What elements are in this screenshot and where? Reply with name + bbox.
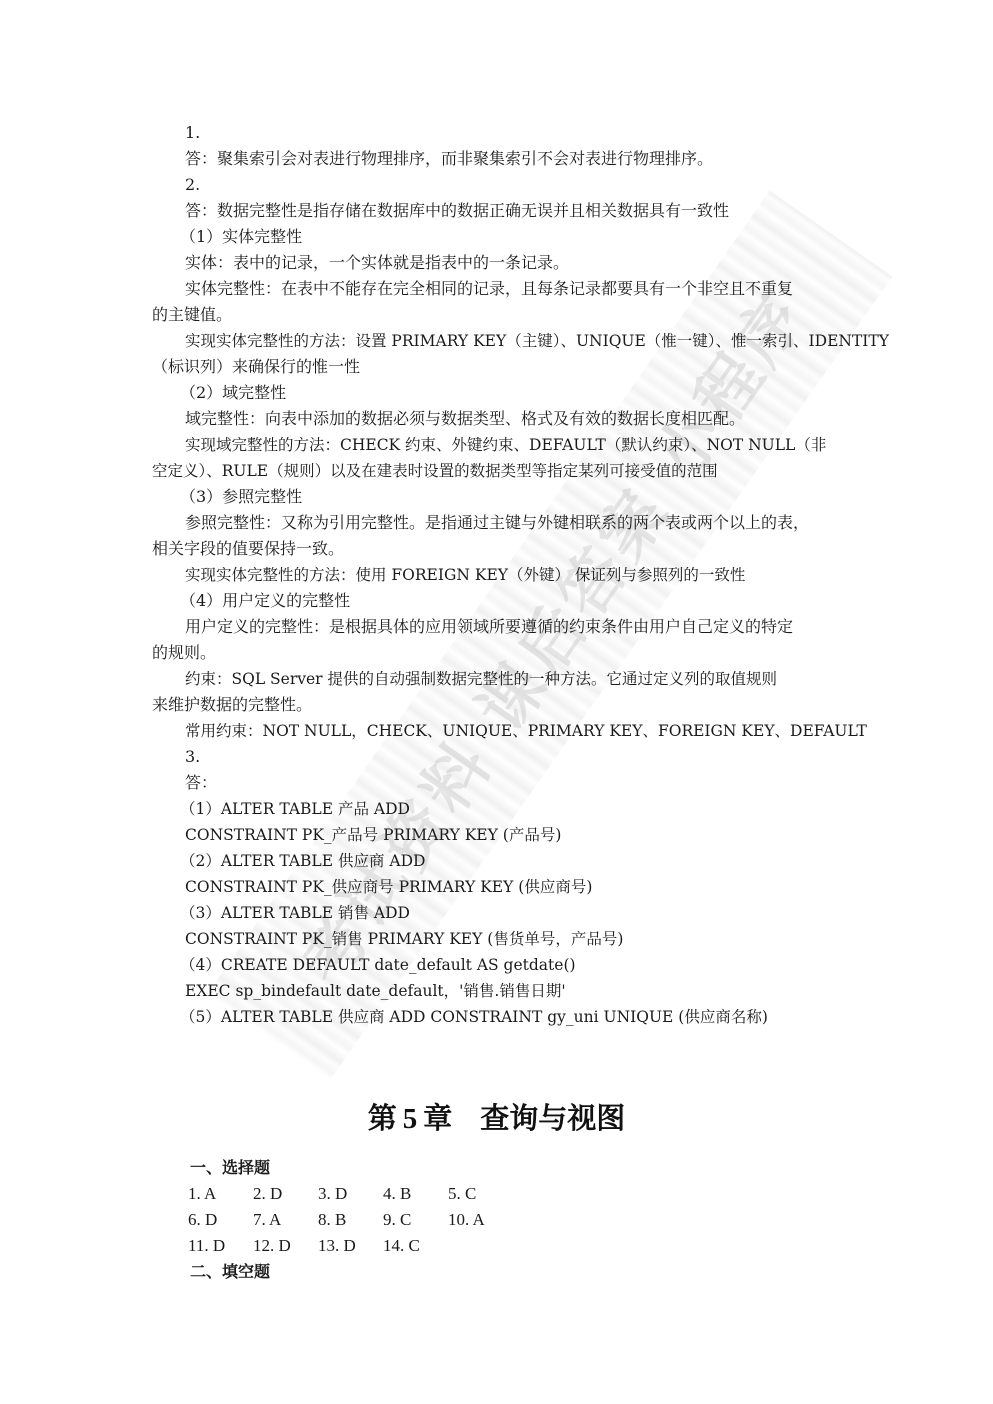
text-line: 来维护数据的完整性。 (152, 692, 846, 718)
text-line: 实现实体完整性的方法：设置 PRIMARY KEY（主键）、UNIQUE（惟一键… (152, 328, 846, 354)
text-line: （2）ALTER TABLE 供应商 ADD (152, 848, 846, 874)
chapter-name: 查询与视图 (480, 1101, 625, 1135)
text-line: 约束：SQL Server 提供的自动强制数据完整性的一种方法。它通过定义列的取… (152, 666, 846, 692)
answer-item: 7. A (253, 1207, 318, 1233)
section-heading-choice: 一、选择题 (190, 1155, 270, 1181)
text-line: 答： (152, 770, 846, 796)
text-line: （4）用户定义的完整性 (152, 588, 846, 614)
answer-item: 2. D (253, 1181, 318, 1207)
text-line: 实现实体完整性的方法：使用 FOREIGN KEY（外键） 保证列与参照列的一致… (152, 562, 846, 588)
text-line: 实体：表中的记录，一个实体就是指表中的一条记录。 (152, 250, 846, 276)
text-line: 答：聚集索引会对表进行物理排序，而非聚集索引不会对表进行物理排序。 (152, 146, 846, 172)
answer-item: 6. D (188, 1207, 253, 1233)
text-line: 常用约束：NOT NULL，CHECK、UNIQUE、PRIMARY KEY、F… (152, 718, 846, 744)
answer-item: 9. C (383, 1207, 448, 1233)
answer-item: 5. C (448, 1181, 513, 1207)
answer-row: 6. D7. A8. B9. C10. A (188, 1207, 513, 1233)
text-line: 2. (152, 172, 846, 198)
text-line: （1）实体完整性 (152, 224, 846, 250)
answer-item: 12. D (253, 1233, 318, 1259)
text-line: （4）CREATE DEFAULT date_default AS getdat… (152, 952, 846, 978)
text-line: （3）参照完整性 (152, 484, 846, 510)
answer-body: 1.答：聚集索引会对表进行物理排序，而非聚集索引不会对表进行物理排序。2.答：数… (152, 120, 846, 1030)
text-line: （1）ALTER TABLE 产品 ADD (152, 796, 846, 822)
chapter-number: 5 (403, 1103, 418, 1135)
text-line: 参照完整性：又称为引用完整性。是指通过主键与外键相联系的两个表或两个以上的表， (152, 510, 846, 536)
answer-item: 4. B (383, 1181, 448, 1207)
chapter-prefix: 第 (368, 1101, 397, 1135)
text-line: 实体完整性：在表中不能存在完全相同的记录，且每条记录都要具有一个非空且不重复 (152, 276, 846, 302)
answer-row: 1. A2. D3. D4. B5. C (188, 1181, 513, 1207)
text-line: 的规则。 (152, 640, 846, 666)
answer-item: 8. B (318, 1207, 383, 1233)
answer-item: 13. D (318, 1233, 383, 1259)
answer-row: 11. D12. D13. D14. C (188, 1233, 513, 1259)
answer-item: 1. A (188, 1181, 253, 1207)
text-line: EXEC sp_bindefault date_default，'销售.销售日期… (152, 978, 846, 1004)
answer-item: 10. A (448, 1207, 513, 1233)
text-line: （标识列）来确保行的惟一性 (152, 354, 846, 380)
text-line: （3）ALTER TABLE 销售 ADD (152, 900, 846, 926)
text-line: 1. (152, 120, 846, 146)
answer-item: 14. C (383, 1233, 448, 1259)
answer-item: 11. D (188, 1233, 253, 1259)
document-page: 考试资料 课后答案 小程序 1.答：聚集索引会对表进行物理排序，而非聚集索引不会… (0, 0, 993, 1404)
text-line: （2）域完整性 (152, 380, 846, 406)
text-line: 实现域完整性的方法：CHECK 约束、外键约束、DEFAULT（默认约束）、NO… (152, 432, 846, 458)
text-line: （5）ALTER TABLE 供应商 ADD CONSTRAINT gy_uni… (152, 1004, 846, 1030)
text-line: CONSTRAINT PK_供应商号 PRIMARY KEY (供应商号) (152, 874, 846, 900)
text-line: 空定义）、RULE（规则）以及在建表时设置的数据类型等指定某列可接受值的范围 (152, 458, 846, 484)
chapter-suffix: 章 (423, 1101, 452, 1135)
text-line: 域完整性：向表中添加的数据必须与数据类型、格式及有效的数据长度相匹配。 (152, 406, 846, 432)
text-line: 答：数据完整性是指存储在数据库中的数据正确无误并且相关数据具有一致性 (152, 198, 846, 224)
text-line: 相关字段的值要保持一致。 (152, 536, 846, 562)
chapter-title: 第5章查询与视图 (0, 1097, 993, 1140)
text-line: 的主键值。 (152, 302, 846, 328)
section-heading-fill: 二、填空题 (190, 1259, 270, 1285)
answer-item: 3. D (318, 1181, 383, 1207)
text-line: 用户定义的完整性：是根据具体的应用领域所要遵循的约束条件由用户自己定义的特定 (152, 614, 846, 640)
text-line: CONSTRAINT PK_产品号 PRIMARY KEY (产品号) (152, 822, 846, 848)
text-line: 3. (152, 744, 846, 770)
choice-answers: 1. A2. D3. D4. B5. C6. D7. A8. B9. C10. … (188, 1181, 513, 1259)
text-line: CONSTRAINT PK_销售 PRIMARY KEY (售货单号，产品号) (152, 926, 846, 952)
